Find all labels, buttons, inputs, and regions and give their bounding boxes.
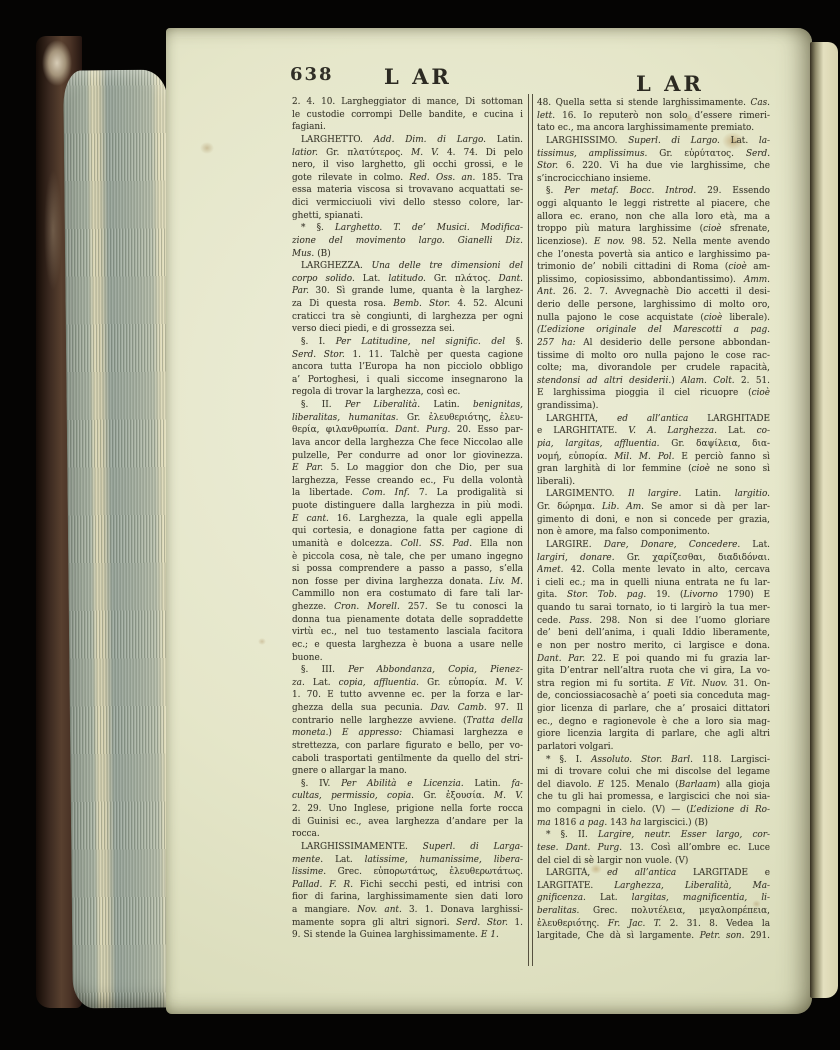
text-line: largiri, donare. Gr. χαρίζεσθαι, διαδιδό… — [537, 552, 770, 565]
text-line: §. IV. Per Abilità e Licenzia. Latin. fa… — [292, 778, 523, 791]
text-line: gior licenza di parlare, che a’ prosaici… — [537, 703, 770, 716]
text-line: ghetti, spianati. — [292, 210, 523, 223]
running-head-right: L AR — [636, 71, 704, 96]
text-line: de, conciossiacosachè a’ poeti sia conce… — [537, 690, 770, 703]
text-line: strettezza, con parlare figurato e bello… — [292, 740, 523, 753]
text-line: grandissima). — [537, 400, 770, 413]
page-edges-stack — [63, 69, 177, 1008]
text-line: Pallad. F. R. Fichi secchi pesti, ed int… — [292, 879, 523, 892]
text-line: LARGHISSIMAMENTE. Superl. di Larga- — [292, 841, 523, 854]
text-line: 2. 4. 10. Largheggiator di mance, Di sot… — [292, 96, 523, 109]
text-line: caboli trasportati gentilmente da quello… — [292, 753, 523, 766]
spine-worn-patch — [42, 40, 72, 86]
text-line: Mus. (B) — [292, 248, 523, 261]
text-line: latior. Gr. πλατύτερος. M. V. 4. 74. Di … — [292, 147, 523, 160]
text-line: §. II. Per Liberalità. Latin. benignitas… — [292, 399, 523, 412]
text-line: fior di farina, larghissimamente sien da… — [292, 891, 523, 904]
page-number: 638 — [290, 64, 334, 85]
text-line: Dant. Par. 22. E poi quando mi fu grazia… — [537, 653, 770, 666]
text-line: si possa comprendere a passo a passo, s’… — [292, 563, 523, 576]
text-line: che tu gli hai promessa, e largiscici ch… — [537, 791, 770, 804]
text-line: * §. II. Largire, neutr. Esser largo, co… — [537, 829, 770, 842]
text-line: ec., degno e ragionevole è che a loro si… — [537, 716, 770, 729]
scanned-book-photo: 638 L AR L AR 2. 4. 10. Largheggiator di… — [0, 0, 840, 1050]
text-line: virtù ec., nel tuo testamento lasciala f… — [292, 626, 523, 639]
text-line: LARGIRE. Dare, Donare, Concedere. Lat. — [537, 539, 770, 552]
text-line: mamente sopra gli altri signori. Serd. S… — [292, 917, 523, 930]
text-line: liberali). — [537, 476, 770, 489]
text-line: Cammillo non era costumato di fare tali … — [292, 588, 523, 601]
text-line: gita D’entrar nell’altra ruota che vi gi… — [537, 665, 770, 678]
text-line: §. Per metaf. Bocc. Introd. 29. Essendo — [537, 185, 770, 198]
text-column-left: 2. 4. 10. Largheggiator di mance, Di sot… — [292, 96, 523, 942]
running-head-left: L AR — [384, 64, 452, 89]
text-line: larghezza, Fesse creando ec., Fu della v… — [292, 475, 523, 488]
text-line: ghezza della sua pecunia. Dav. Camb. 97.… — [292, 702, 523, 715]
text-line: cede. Pass. 298. Non si dee l’uomo glori… — [537, 615, 770, 628]
text-line: θερία, φιλανθρωπία. Dant. Purg. 20. Esso… — [292, 424, 523, 437]
text-line: νομή, εὐπορία. Mil. M. Pol. E perciò fan… — [537, 451, 770, 464]
text-line: la libertade. Com. Inf. 7. La prodigalit… — [292, 487, 523, 500]
text-line: mo compagni in cielo. (V) — (L’edizione … — [537, 804, 770, 817]
text-line: lett. 16. Io reputerò non solo d’essere … — [537, 110, 770, 123]
text-line: gnificenza. Lat. largitas, magnificentia… — [537, 892, 770, 905]
text-line: parlatori volgari. — [537, 741, 770, 754]
text-line: gita. Stor. Tob. pag. 19. (Livorno 1790)… — [537, 589, 770, 602]
text-line: LARGITÀ, ed all’antica LARGITADE e — [537, 867, 770, 880]
text-line: mi di trovare colui che mi discolse del … — [537, 766, 770, 779]
text-line: derio delle persone, larghissimo di molt… — [537, 299, 770, 312]
text-line: E larghissima pioggia il ciel ricuopre (… — [537, 387, 770, 400]
text-line: e LARGHITATE. V. A. Larghezza. Lat. co- — [537, 425, 770, 438]
text-line: tese. Dant. Purg. 13. Così all’ombre ec.… — [537, 842, 770, 855]
text-line: stra region mi fu sortita. E Vit. Nuov. … — [537, 678, 770, 691]
column-divider-rule — [528, 94, 533, 966]
text-line: Gr. δώρημα. Lib. Am. Se amor si dà per l… — [537, 501, 770, 514]
text-line: i cieli ec.; ma in quelli niuna entrata … — [537, 577, 770, 590]
text-line: oggi alquanto le leggi ristrette al piac… — [537, 198, 770, 211]
text-line: s’incrocicchiano insieme. — [537, 173, 770, 186]
text-line: 2. 29. Uno Inglese, prigione nella forte… — [292, 803, 523, 816]
text-line: corpo solido. Lat. latitudo. Gr. πλάτος.… — [292, 273, 523, 286]
foxing-spot — [200, 142, 214, 154]
text-line: e non per nostro merito, ci largisce e d… — [537, 640, 770, 653]
text-line: tissimus, amplissimus. Gr. εὐρύτατος. Se… — [537, 148, 770, 161]
text-line: essa materia viscosa si trovavano acquat… — [292, 184, 523, 197]
text-line: ec.; e questa larghezza è buona a usare … — [292, 639, 523, 652]
spine-worn-patch — [44, 170, 62, 290]
text-line: gimento di doni, e non si concede per gr… — [537, 514, 770, 527]
text-line: donna tua pienamente dotata delle soprad… — [292, 614, 523, 627]
text-line: nulla pajono le cose acquistate (cioè li… — [537, 312, 770, 325]
text-line: §. I. Per Latitudine, nel signific. del … — [292, 336, 523, 349]
text-line: gnere o allargar la mano. — [292, 765, 523, 778]
text-line: gote rilevate in colmo. Red. Oss. an. 18… — [292, 172, 523, 185]
text-line: allora ec. erano, non che alla loro età,… — [537, 211, 770, 224]
text-line: ma 1816 a pag. 143 ha largiscici.) (B) — [537, 817, 770, 830]
text-line: zione del movimento largo. Gianelli Diz. — [292, 235, 523, 248]
text-line: giore licenzia largita di parlare, che a… — [537, 728, 770, 741]
text-line: plissimo, copiosissimo, abbondantissimo)… — [537, 274, 770, 287]
text-line: tissime di molto oro nulla pajono le cos… — [537, 350, 770, 363]
foxing-spot — [258, 638, 266, 645]
text-line: a mangiare. Nov. ant. 3. 1. Donava largh… — [292, 904, 523, 917]
text-line: licenziose). E nov. 98. 52. Nella mente … — [537, 236, 770, 249]
text-line: quando tu sarai tornato, io ti largirò l… — [537, 602, 770, 615]
text-line: ancora tutta l’Europa ha non picciolo ob… — [292, 361, 523, 374]
text-line: del diavolo. E 125. Menalo (Barlaam) all… — [537, 779, 770, 792]
text-line: buone. — [292, 652, 523, 665]
text-line: Stor. 6. 220. Vi ha due vie larghissime,… — [537, 160, 770, 173]
text-line: liberalitas, humanitas. Gr. ἐλευθεριότης… — [292, 412, 523, 425]
text-line: qui cortesia, e donagione fatta per cagi… — [292, 525, 523, 538]
text-line: LARGHITÀ, ed all’antica LARGHITADE — [537, 413, 770, 426]
text-line: 9. Si stende la Guinea larghissimamente.… — [292, 929, 523, 942]
text-line: 1. 70. E tutto avvenne ec. per la forza … — [292, 689, 523, 702]
text-line: colte; ma, divorandole per crudele rapac… — [537, 362, 770, 375]
text-line: gran larghità di lor femmine (cioè ne so… — [537, 463, 770, 476]
text-line: pulzelle, Per condurre ad onor lor giovi… — [292, 450, 523, 463]
text-line: 257 ha: Al desiderio delle persone abbon… — [537, 337, 770, 350]
text-line: le custodie corrompi Delle bandite, e cu… — [292, 109, 523, 122]
text-line: nero, il viso larghetto, gli occhi gross… — [292, 159, 523, 172]
text-line: puote distinguere dalla larghezza in più… — [292, 500, 523, 513]
text-line: è piccola cosa, nè tale, che per umano i… — [292, 551, 523, 564]
text-line: Serd. Stor. 1. 11. Talchè per questa cag… — [292, 349, 523, 362]
text-line: trimonio de’ nobili cittadini di Roma (c… — [537, 261, 770, 274]
text-line: verso dieci piedi, e di grossezza sei. — [292, 323, 523, 336]
text-line: fagiani. — [292, 121, 523, 134]
text-line: de’ beni dell’anima, i quali Iddio liber… — [537, 627, 770, 640]
text-line: contrario nelle larghezze avviene. (Trat… — [292, 715, 523, 728]
text-line: di Guinisi ec., avea larghezza d’andare … — [292, 816, 523, 829]
text-line: beralitas. Grec. πολυτέλεια, μεγαλοπρέπε… — [537, 905, 770, 918]
text-line: LARGIMENTO. Il largire. Latin. largitio. — [537, 488, 770, 501]
text-line: ghezze. Cron. Morell. 257. Se tu conosci… — [292, 601, 523, 614]
text-line: LARGHETTO. Add. Dim. di Largo. Latin. — [292, 134, 523, 147]
text-line: stendonsi ad altri desiderii.) Alam. Col… — [537, 375, 770, 388]
text-line: pia, largitas, affluentia. Gr. δαψίλεια,… — [537, 438, 770, 451]
text-line: non è amore, ma falso componimento. — [537, 526, 770, 539]
text-line: LARGITATE. Larghezza, Liberalità, Ma- — [537, 880, 770, 893]
text-line: rocca. — [292, 828, 523, 841]
text-column-right: 48. Quella setta si stende larghissimame… — [537, 97, 770, 943]
text-line: Ant. 26. 2. 7. Avvegnachè Dio accetti il… — [537, 286, 770, 299]
text-line: a’ Portoghesi, i quali siccome insegnaro… — [292, 374, 523, 387]
text-line: (L’edizione originale del Marescotti a p… — [537, 324, 770, 337]
adjacent-page-edge — [810, 42, 838, 998]
text-line: §. III. Per Abbondanza, Copia, Pienez- — [292, 664, 523, 677]
text-line: dici vermicciuoli vivi dello stesso colo… — [292, 197, 523, 210]
text-line: moneta.) E appresso: Chiamasi larghezza … — [292, 727, 523, 740]
text-line: lissime. Grec. εὐπορωτάτως, ἐλευθερωτάτω… — [292, 866, 523, 879]
text-line: troppo più matura larghissime (cioè sfre… — [537, 223, 770, 236]
text-line: za Di questa rosa. Bemb. Stor. 4. 52. Al… — [292, 298, 523, 311]
text-line: ἐλευθεριότης. Fr. Jac. T. 2. 31. 8. Vede… — [537, 918, 770, 931]
text-line: che l’onesta povertà sia antico e larghi… — [537, 249, 770, 262]
text-line: * §. I. Assoluto. Stor. Barl. 118. Largi… — [537, 754, 770, 767]
text-line: za. Lat. copia, affluentia. Gr. εὐπορία.… — [292, 677, 523, 690]
text-line: umanità e dolcezza. Coll. SS. Pad. Ella … — [292, 538, 523, 551]
text-line: E cant. 16. Larghezza, la quale egli app… — [292, 513, 523, 526]
text-line: LARGHISSIMO. Superl. di Largo. Lat. la- — [537, 135, 770, 148]
text-line: E Par. 5. Lo maggior don che Dio, per su… — [292, 462, 523, 475]
text-line: craticci tra sè congiunti, di larghezza … — [292, 311, 523, 324]
text-line: regola di trovar la larghezza, così ec. — [292, 386, 523, 399]
text-line: non fosse per divina larghezza donata. L… — [292, 576, 523, 589]
text-line: del ciel di sè largir non vuole. (V) — [537, 855, 770, 868]
text-line: 48. Quella setta si stende larghissimame… — [537, 97, 770, 110]
text-line: Par. 30. Sì grande lume, quanta è la lar… — [292, 285, 523, 298]
text-line: LARGHEZZA. Una delle tre dimensioni del — [292, 260, 523, 273]
text-line: largitade, Che dà sì largamente. Petr. s… — [537, 930, 770, 943]
text-line: mente. Lat. latissime, humanissime, libe… — [292, 854, 523, 867]
text-line: lava ancor della larghezza Che fece Nicc… — [292, 437, 523, 450]
text-line: * §. Larghetto. T. de’ Musici. Modifica- — [292, 222, 523, 235]
text-line: Amet. 42. Colla mente levato in alto, ce… — [537, 564, 770, 577]
text-line: tato ec., ma ancora larghissimamente pre… — [537, 122, 770, 135]
text-line: cultas, permissio, copia. Gr. ἐξουσία. M… — [292, 790, 523, 803]
